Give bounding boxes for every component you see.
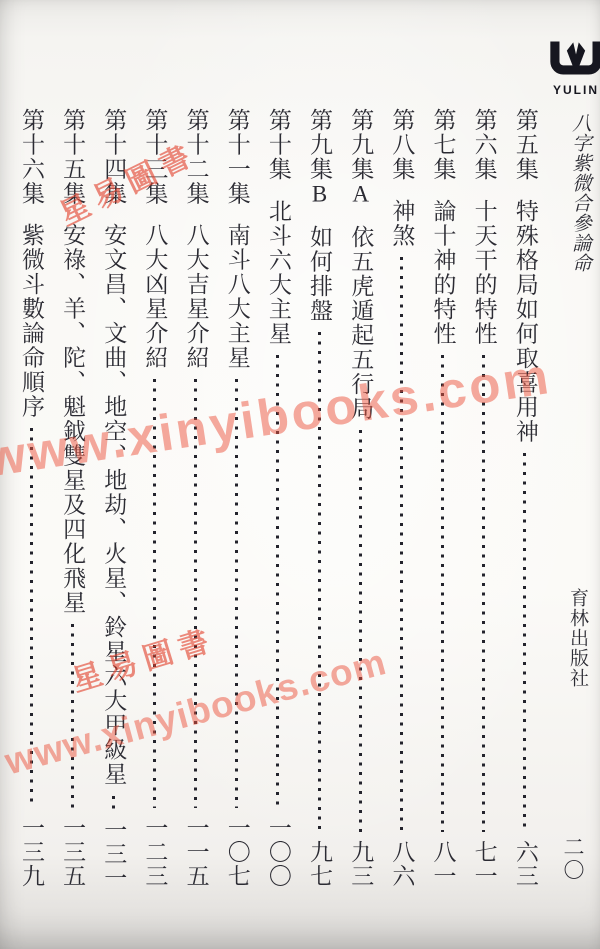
page-number: 二〇 xyxy=(559,836,586,882)
chapter-title: 八大凶星介紹 xyxy=(140,223,170,370)
chapter-page-number: 一二三 xyxy=(140,816,170,888)
dotted-leader xyxy=(523,453,526,833)
dotted-leader xyxy=(318,332,321,832)
chapter-page-number: 八六 xyxy=(386,840,416,888)
chapter-label: 第五集 xyxy=(510,108,540,182)
chapter-title: 北斗六大主星 xyxy=(263,199,293,346)
publisher-name: 育林出版社 xyxy=(564,588,589,688)
chapter-label: 第十集 xyxy=(263,108,293,182)
chapter-label: 第十五集 xyxy=(57,108,87,206)
dotted-leader xyxy=(482,355,485,833)
toc-columns: 第五集 特殊格局如何取喜用神 六三 第六集 十天干的特性 七一 第七集 論十神的… xyxy=(14,108,542,888)
toc-entry: 第十一集 南斗八大主星 一〇七 xyxy=(220,108,254,888)
chapter-page-number: 六三 xyxy=(510,840,540,888)
dotted-leader xyxy=(30,428,33,808)
publisher-logo-text: YULIN xyxy=(538,83,600,97)
toc-entry: 第十二集 八大吉星介紹 一一五 xyxy=(179,108,213,888)
toc-entry: 第十五集 安祿、羊、陀、魁鉞雙星及四化飛星 一三五 xyxy=(55,108,89,888)
chapter-label: 第七集 xyxy=(428,108,458,182)
chapter-page-number: 九三 xyxy=(345,840,375,888)
dotted-leader xyxy=(235,379,238,808)
dotted-leader xyxy=(71,624,74,808)
chapter-label: 第九集B xyxy=(304,108,334,208)
dotted-leader xyxy=(276,355,279,809)
toc-entry: 第五集 特殊格局如何取喜用神 六三 xyxy=(508,108,542,888)
chapter-page-number: 七一 xyxy=(469,840,499,888)
chapter-label: 第十六集 xyxy=(16,108,46,206)
chapter-title: 八大吉星介紹 xyxy=(181,223,211,370)
chapter-label: 第九集A xyxy=(345,108,375,208)
dotted-leader xyxy=(400,257,403,833)
toc-entry: 第八集 神煞 八六 xyxy=(384,108,418,888)
chapter-page-number: 一三五 xyxy=(57,816,87,888)
chapter-label: 第十一集 xyxy=(222,108,252,206)
toc-entry: 第六集 十天干的特性 七一 xyxy=(467,108,501,888)
toc-entry: 第九集B 如何排盤 九七 xyxy=(302,108,336,888)
chapter-title: 南斗八大主星 xyxy=(222,223,252,370)
chapter-page-number: 一一五 xyxy=(181,816,211,888)
toc-entry: 第十三集 八大凶星介紹 一二三 xyxy=(137,108,171,888)
chapter-title: 如何排盤 xyxy=(304,225,334,323)
chapter-title: 十天干的特性 xyxy=(469,199,499,346)
book-title: 八字紫微合參論命 xyxy=(567,113,592,273)
chapter-page-number: 九七 xyxy=(304,840,334,888)
dotted-leader xyxy=(153,379,156,808)
chapter-label: 第八集 xyxy=(386,108,416,182)
chapter-title: 論十神的特性 xyxy=(428,199,458,346)
scanned-toc-page: YULIN 八字紫微合參論命 育林出版社 二〇 第五集 特殊格局如何取喜用神 六… xyxy=(0,0,600,949)
chapter-title: 依五虎遁起五行局 xyxy=(345,225,375,421)
chapter-page-number: 一三九 xyxy=(16,816,46,888)
dotted-leader xyxy=(112,796,115,810)
dotted-leader xyxy=(441,355,444,833)
toc-entry: 第十六集 紫微斗數論命順序 一三九 xyxy=(14,108,48,888)
chapter-label: 第十二集 xyxy=(181,108,211,206)
dotted-leader xyxy=(194,379,197,808)
chapter-label: 第十三集 xyxy=(140,108,170,206)
chapter-page-number: 一〇〇 xyxy=(263,816,293,888)
chapter-title: 特殊格局如何取喜用神 xyxy=(510,199,540,444)
toc-entry: 第十集 北斗六大主星 一〇〇 xyxy=(261,108,295,888)
chapter-label: 第十四集 xyxy=(98,108,128,206)
chapter-title: 紫微斗數論命順序 xyxy=(16,223,46,419)
chapter-title: 神煞 xyxy=(386,199,416,248)
open-book-logo-icon xyxy=(547,36,600,80)
chapter-page-number: 八一 xyxy=(428,840,458,888)
chapter-title: 安祿、羊、陀、魁鉞雙星及四化飛星 xyxy=(57,223,87,615)
toc-entry: 第七集 論十神的特性 八一 xyxy=(426,108,460,888)
dotted-leader xyxy=(359,430,362,832)
chapter-page-number: 一〇七 xyxy=(222,816,252,888)
toc-entry: 第九集A 依五虎遁起五行局 九三 xyxy=(343,108,377,888)
publisher-logo: YULIN xyxy=(538,36,600,97)
chapter-label: 第六集 xyxy=(469,108,499,182)
chapter-page-number: 一三一 xyxy=(98,818,128,890)
chapter-title: 安文昌、文曲、地空、地劫、火星、鈴星六大甲級星 xyxy=(98,223,128,787)
toc-entry: 第十四集 安文昌、文曲、地空、地劫、火星、鈴星六大甲級星 一三一 xyxy=(96,108,130,888)
